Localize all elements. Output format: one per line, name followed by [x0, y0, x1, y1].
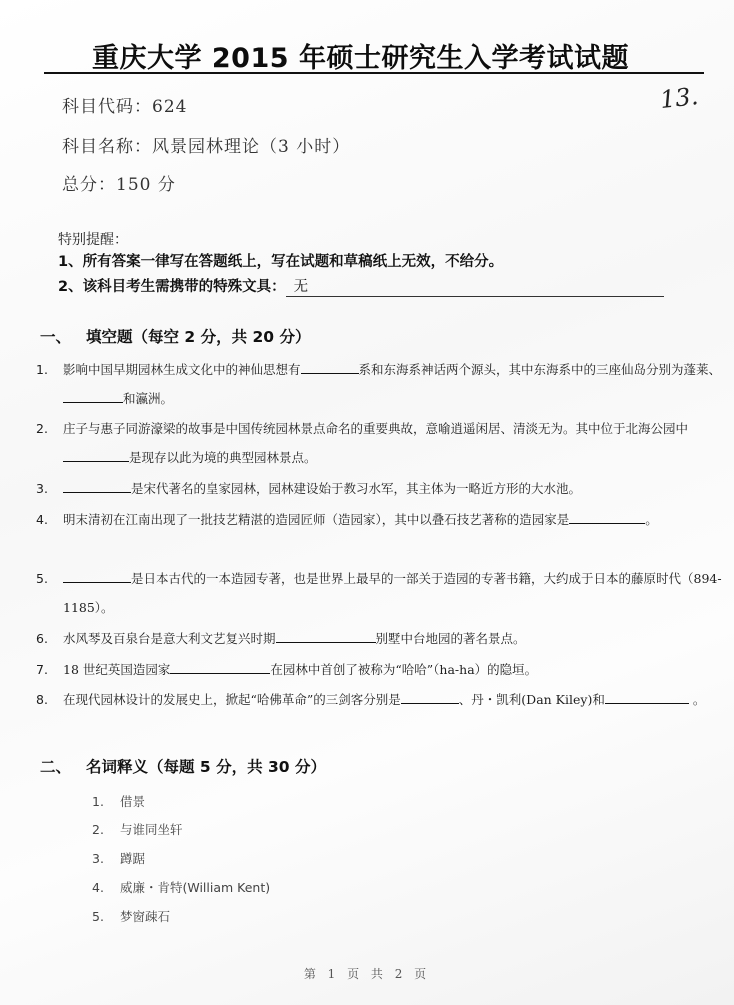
question-1: 1. 影响中国早期园林生成文化中的神仙思想有系和东海系神话两个源头，其中东海系中…: [36, 355, 726, 413]
notice-item-1: 1、所有答案一律写在答题纸上，写在试题和草稿纸上无效，不给分。: [58, 250, 503, 271]
subject-name-label: 科目名称：: [62, 137, 152, 157]
subject-name: 科目名称：风景园林理论（3 小时）: [62, 132, 350, 157]
total-score-label: 总分：: [62, 175, 116, 195]
question-7: 7. 18 世纪英国造园家在园林中首创了被称为“哈哈”（ha-ha）的隐垣。: [36, 655, 726, 684]
answer-blank: [170, 659, 270, 674]
term-2: 2.与谁同坐轩: [92, 820, 183, 838]
notice-item-2: 2、该科目考生需携带的特殊文具：无: [58, 275, 664, 297]
answer-blank: [605, 689, 689, 704]
title-block: 重庆大学 2015 年硕士研究生入学考试试题: [44, 36, 704, 76]
question-8: 8. 在现代园林设计的发展史上，掀起“哈佛革命”的三剑客分别是、丹・凯利(Dan…: [36, 685, 726, 714]
term-4: 4.威廉・肯特(William Kent): [92, 878, 270, 896]
handwritten-mark: 13.: [659, 82, 700, 114]
question-5: 5. 是日本古代的一本造园专著，也是世界上最早的一部关于造园的专著书籍，大约成于…: [36, 564, 726, 622]
section-1-heading: 一、填空题（每空 2 分，共 20 分）: [40, 325, 310, 347]
question-6: 6. 水风琴及百泉台是意大利文艺复兴时期别墅中台地园的著名景点。: [36, 624, 726, 653]
subject-code: 科目代码：624: [62, 92, 187, 117]
answer-blank: [569, 509, 645, 524]
total-score: 总分：150 分: [62, 170, 176, 195]
notice-fill-value: 无: [286, 275, 664, 297]
answer-blank: [301, 359, 359, 374]
question-4: 4. 明末清初在江南出现了一批技艺精湛的造园匠师（造园家），其中以叠石技艺著称的…: [36, 505, 726, 534]
term-5: 5.梦窗疎石: [92, 907, 170, 925]
answer-blank: [63, 447, 129, 462]
subject-code-label: 科目代码：: [62, 97, 152, 117]
total-score-value: 150 分: [116, 175, 176, 195]
section-2-heading: 二、名词释义（每题 5 分，共 30 分）: [40, 755, 326, 777]
answer-blank: [63, 388, 123, 403]
answer-blank: [63, 478, 131, 493]
term-1: 1.借景: [92, 792, 145, 810]
answer-blank: [401, 689, 459, 704]
question-3: 3. 是宋代著名的皇家园林，园林建设始于教习水军，其主体为一略近方形的大水池。: [36, 474, 726, 503]
notice-title: 特别提醒：: [58, 229, 128, 249]
answer-blank: [276, 628, 376, 643]
page-title: 重庆大学 2015 年硕士研究生入学考试试题: [92, 36, 629, 75]
answer-blank: [63, 568, 131, 583]
exam-page: 重庆大学 2015 年硕士研究生入学考试试题 13. 科目代码：624 科目名称…: [0, 0, 734, 1005]
question-2: 2. 庄子与惠子同游濠梁的故事是中国传统园林景点命名的重要典故，意喻逍遥闲居、清…: [36, 414, 726, 472]
term-3: 3.蹲踞: [92, 849, 145, 867]
subject-name-value: 风景园林理论（3 小时）: [152, 137, 350, 157]
subject-code-value: 624: [152, 97, 187, 117]
page-footer: 第 1 页 共 2 页: [0, 965, 734, 982]
